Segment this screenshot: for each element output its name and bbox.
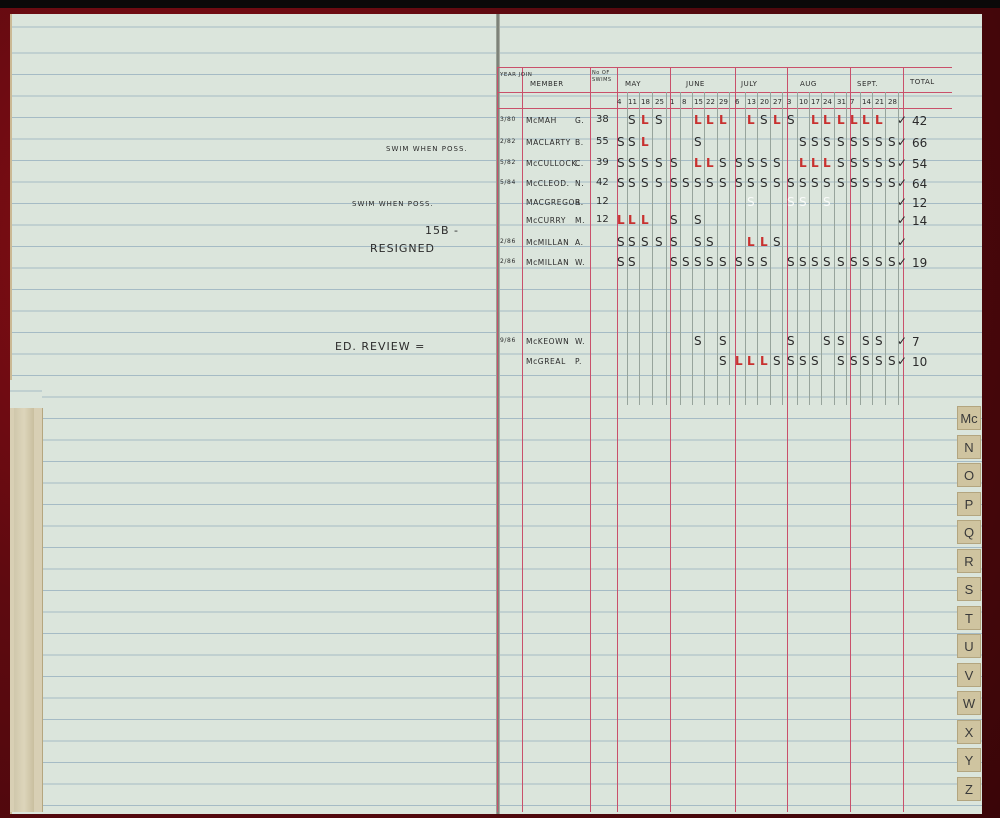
margin-note: 15B - [425, 224, 459, 237]
attendance-mark-swim: S [670, 157, 678, 169]
date-column-rule [860, 92, 861, 405]
date-header: 4 [617, 98, 621, 106]
attendance-mark-swim: S [823, 196, 831, 208]
attendance-mark-late: L [811, 157, 819, 169]
checkmark-icon: ✓ [897, 235, 907, 249]
margin-note: SWIM WHEN POSS. [386, 145, 468, 153]
attendance-mark-swim: S [655, 236, 663, 248]
attendance-mark-late: L [735, 355, 743, 367]
index-tab-q[interactable]: Q [957, 520, 981, 544]
attendance-mark-swim: S [747, 196, 755, 208]
attendance-mark-swim: S [735, 256, 743, 268]
checkmark-icon: ✓ [897, 135, 907, 149]
member-initial-cell: P. [575, 357, 582, 366]
left-index-strip-fold [14, 408, 34, 812]
attendance-mark-swim: S [760, 114, 768, 126]
date-header: 25 [655, 98, 664, 106]
date-column-rule [782, 92, 783, 405]
checkmark-icon: ✓ [897, 213, 907, 227]
column-rule-red [497, 67, 498, 812]
attendance-mark-swim: S [719, 256, 727, 268]
date-column-rule [797, 92, 798, 405]
attendance-mark-late: L [850, 114, 858, 126]
date-header: 29 [719, 98, 728, 106]
attendance-mark-swim: S [837, 256, 845, 268]
date-column-rule [639, 92, 640, 405]
attendance-mark-swim: S [875, 335, 883, 347]
attendance-mark-swim: S [888, 256, 896, 268]
member-name-cell: McCURRY [526, 216, 566, 225]
attendance-mark-swim: S [837, 136, 845, 148]
attendance-mark-late: L [617, 214, 625, 226]
attendance-mark-late: L [811, 114, 819, 126]
attendance-mark-swim: S [837, 355, 845, 367]
attendance-mark-swim: S [670, 214, 678, 226]
left-page-step [10, 380, 42, 408]
index-tab-r[interactable]: R [957, 549, 981, 573]
attendance-mark-swim: S [787, 177, 795, 189]
attendance-mark-swim: S [888, 157, 896, 169]
attendance-mark-swim: S [694, 256, 702, 268]
index-tab-u[interactable]: U [957, 634, 981, 658]
member-name-cell: McKEOWN [526, 337, 569, 346]
attendance-mark-swim: S [641, 236, 649, 248]
attendance-mark-swim: S [811, 355, 819, 367]
member-name-cell: McCULLOCK. [526, 159, 580, 168]
attendance-mark-late: L [694, 114, 702, 126]
header-no-of-swims: No OF SWIMS [592, 70, 616, 84]
member-name-cell: McMILLAN [526, 238, 569, 247]
attendance-mark-swim: S [747, 177, 755, 189]
attendance-mark-swim: S [811, 136, 819, 148]
date-header: 3 [787, 98, 791, 106]
index-tab-w[interactable]: W [957, 691, 981, 715]
attendance-mark-swim: S [862, 355, 870, 367]
date-header: 7 [850, 98, 854, 106]
date-column-rule [821, 92, 822, 405]
attendance-mark-late: L [823, 157, 831, 169]
date-column-rule [745, 92, 746, 405]
attendance-mark-swim: S [670, 236, 678, 248]
attendance-mark-swim: S [811, 177, 819, 189]
attendance-mark-swim: S [694, 236, 702, 248]
checkmark-icon: ✓ [897, 195, 907, 209]
attendance-mark-late: L [694, 157, 702, 169]
checkmark-icon: ✓ [897, 354, 907, 368]
attendance-mark-swim: S [641, 157, 649, 169]
attendance-mark-swim: S [823, 335, 831, 347]
total-cell: 19 [912, 256, 927, 270]
swims-count-cell: 38 [596, 114, 609, 125]
year-join-cell: 9/86 [500, 337, 516, 344]
attendance-mark-late: L [641, 114, 649, 126]
attendance-mark-late: L [862, 114, 870, 126]
attendance-mark-swim: S [811, 256, 819, 268]
date-header: 27 [773, 98, 782, 106]
attendance-mark-swim: S [655, 114, 663, 126]
date-column-rule [809, 92, 810, 405]
date-column-rule [717, 92, 718, 405]
attendance-mark-swim: S [694, 335, 702, 347]
attendance-mark-swim: S [888, 177, 896, 189]
index-tab-o[interactable]: O [957, 463, 981, 487]
month-header: JULY [741, 80, 757, 88]
attendance-mark-late: L [773, 114, 781, 126]
attendance-mark-swim: S [773, 355, 781, 367]
attendance-mark-swim: S [787, 355, 795, 367]
index-tab-t[interactable]: T [957, 606, 981, 630]
attendance-mark-swim: S [823, 256, 831, 268]
attendance-mark-late: L [641, 214, 649, 226]
index-tab-x[interactable]: X [957, 720, 981, 744]
attendance-mark-swim: S [850, 136, 858, 148]
date-column-rule [729, 92, 730, 405]
attendance-mark-swim: S [823, 136, 831, 148]
date-header: 10 [799, 98, 808, 106]
swims-count-cell: 55 [596, 136, 609, 147]
attendance-mark-late: L [747, 355, 755, 367]
total-cell: 7 [912, 335, 920, 349]
attendance-mark-swim: S [888, 355, 896, 367]
attendance-mark-late: L [628, 214, 636, 226]
attendance-mark-swim: S [628, 114, 636, 126]
member-name-cell: McCLEOD. [526, 179, 570, 188]
attendance-mark-swim: S [617, 177, 625, 189]
member-name-cell: McGREAL [526, 357, 566, 366]
member-initial-cell: C. [575, 159, 584, 168]
date-column-rule [680, 92, 681, 405]
date-column-rule [704, 92, 705, 405]
attendance-mark-swim: S [862, 136, 870, 148]
attendance-mark-swim: S [837, 335, 845, 347]
date-header: 14 [862, 98, 871, 106]
date-column-rule [666, 92, 667, 405]
member-initial-cell: A. [575, 238, 584, 247]
attendance-mark-swim: S [628, 177, 636, 189]
date-column-rule [770, 92, 771, 405]
attendance-mark-swim: S [628, 256, 636, 268]
attendance-mark-swim: S [773, 157, 781, 169]
swims-count-cell: 39 [596, 157, 609, 168]
attendance-mark-swim: S [787, 196, 795, 208]
date-header: 21 [875, 98, 884, 106]
year-join-cell: 5/84 [500, 179, 516, 186]
attendance-mark-late: L [875, 114, 883, 126]
date-header: 20 [760, 98, 769, 106]
index-tab-v[interactable]: V [957, 663, 981, 687]
attendance-mark-swim: S [694, 136, 702, 148]
attendance-mark-swim: S [787, 335, 795, 347]
member-initial-cell: W. [575, 258, 585, 267]
right-page [499, 14, 982, 814]
attendance-mark-swim: S [787, 114, 795, 126]
index-tab-mc[interactable]: Mc [957, 406, 981, 430]
attendance-mark-swim: S [773, 236, 781, 248]
attendance-mark-swim: S [706, 236, 714, 248]
attendance-mark-swim: S [694, 177, 702, 189]
attendance-mark-swim: S [875, 136, 883, 148]
attendance-mark-swim: S [799, 136, 807, 148]
year-join-cell: 3/80 [500, 116, 516, 123]
member-initial-cell: B. [575, 138, 584, 147]
date-header: 22 [706, 98, 715, 106]
member-initial-cell: G. [575, 116, 584, 125]
attendance-mark-late: L [706, 157, 714, 169]
checkmark-icon: ✓ [897, 176, 907, 190]
header-year-join: YEAR JOIN [500, 72, 532, 79]
attendance-mark-swim: S [719, 355, 727, 367]
checkmark-icon: ✓ [897, 113, 907, 127]
attendance-mark-swim: S [655, 157, 663, 169]
attendance-mark-swim: S [617, 236, 625, 248]
row-rule-red [497, 67, 952, 68]
attendance-mark-swim: S [875, 177, 883, 189]
index-tab-y[interactable]: Y [957, 748, 981, 772]
margin-note: SWIM WHEN POSS. [352, 200, 434, 208]
attendance-mark-swim: S [719, 157, 727, 169]
member-name-cell: McMILLAN [526, 258, 569, 267]
swims-count-cell: 42 [596, 177, 609, 188]
member-name-cell: MACLARTY [526, 138, 571, 147]
member-name-cell: McMAH [526, 116, 557, 125]
attendance-mark-late: L [747, 236, 755, 248]
total-cell: 14 [912, 214, 927, 228]
attendance-mark-late: L [706, 114, 714, 126]
date-header: 18 [641, 98, 650, 106]
attendance-mark-swim: S [888, 136, 896, 148]
attendance-mark-late: L [760, 355, 768, 367]
attendance-mark-swim: S [787, 256, 795, 268]
index-tab-p[interactable]: P [957, 492, 981, 516]
attendance-mark-swim: S [862, 256, 870, 268]
attendance-mark-swim: S [799, 256, 807, 268]
date-column-rule [834, 92, 835, 405]
swims-count-cell: 12 [596, 214, 609, 225]
month-header: SEPT. [857, 80, 878, 88]
date-header: 24 [823, 98, 832, 106]
month-header: AUG [800, 80, 817, 88]
index-tab-n[interactable]: N [957, 435, 981, 459]
row-rule-red [497, 108, 952, 109]
attendance-mark-swim: S [719, 335, 727, 347]
column-rule-red [522, 67, 523, 812]
attendance-mark-swim: S [875, 157, 883, 169]
attendance-mark-swim: S [837, 177, 845, 189]
attendance-mark-swim: S [655, 177, 663, 189]
member-name-cell: MACGREGOR [526, 198, 581, 207]
attendance-mark-late: L [747, 114, 755, 126]
attendance-mark-swim: S [682, 177, 690, 189]
attendance-mark-swim: S [706, 256, 714, 268]
header-total: TOTAL [910, 78, 935, 86]
attendance-mark-swim: S [773, 177, 781, 189]
date-header: 13 [747, 98, 756, 106]
date-header: 28 [888, 98, 897, 106]
date-header: 31 [837, 98, 846, 106]
swims-count-cell: 12 [596, 196, 609, 207]
margin-note: RESIGNED [370, 242, 435, 255]
attendance-mark-swim: S [719, 177, 727, 189]
attendance-mark-swim: S [747, 157, 755, 169]
attendance-mark-late: L [719, 114, 727, 126]
row-rule-red [497, 92, 952, 93]
attendance-mark-swim: S [670, 177, 678, 189]
total-cell: 42 [912, 114, 927, 128]
member-initial-cell: W. [575, 337, 585, 346]
attendance-mark-swim: S [850, 177, 858, 189]
date-column-rule [846, 92, 847, 405]
attendance-mark-swim: S [670, 256, 678, 268]
attendance-mark-swim: S [628, 236, 636, 248]
attendance-mark-swim: S [706, 177, 714, 189]
attendance-mark-swim: S [862, 157, 870, 169]
attendance-mark-swim: S [850, 157, 858, 169]
header-member: MEMBER [530, 80, 564, 88]
date-column-rule [757, 92, 758, 405]
month-header: MAY [625, 80, 641, 88]
attendance-mark-late: L [823, 114, 831, 126]
checkmark-icon: ✓ [897, 334, 907, 348]
attendance-mark-swim: S [799, 177, 807, 189]
year-join-cell: 5/82 [500, 159, 516, 166]
attendance-mark-swim: S [875, 256, 883, 268]
date-column-rule [885, 92, 886, 405]
attendance-mark-swim: S [735, 157, 743, 169]
checkmark-icon: ✓ [897, 255, 907, 269]
total-cell: 10 [912, 355, 927, 369]
month-header: JUNE [686, 80, 705, 88]
attendance-mark-late: L [837, 114, 845, 126]
date-header: 15 [694, 98, 703, 106]
attendance-mark-swim: S [735, 177, 743, 189]
total-cell: 66 [912, 136, 927, 150]
attendance-mark-swim: S [628, 136, 636, 148]
member-initial-cell: M. [575, 216, 585, 225]
total-cell: 12 [912, 196, 927, 210]
member-initial-cell: N. [575, 179, 584, 188]
column-rule-red [590, 67, 591, 812]
attendance-mark-swim: S [694, 214, 702, 226]
total-cell: 64 [912, 177, 927, 191]
attendance-mark-swim: S [682, 256, 690, 268]
attendance-mark-swim: S [617, 157, 625, 169]
date-header: 1 [670, 98, 674, 106]
attendance-mark-late: L [799, 157, 807, 169]
margin-note: ED. REVIEW = [335, 340, 425, 353]
attendance-mark-swim: S [760, 177, 768, 189]
attendance-mark-swim: S [641, 177, 649, 189]
index-tab-s[interactable]: S [957, 577, 981, 601]
attendance-mark-swim: S [760, 256, 768, 268]
year-join-cell: 2/86 [500, 258, 516, 265]
date-header: 6 [735, 98, 739, 106]
year-join-cell: 2/86 [500, 238, 516, 245]
attendance-mark-swim: S [850, 355, 858, 367]
attendance-mark-swim: S [823, 177, 831, 189]
date-column-rule [872, 92, 873, 405]
date-column-rule [692, 92, 693, 405]
date-header: 17 [811, 98, 820, 106]
index-tab-z[interactable]: Z [957, 777, 981, 801]
year-join-cell: 2/82 [500, 138, 516, 145]
attendance-mark-swim: S [617, 136, 625, 148]
attendance-mark-swim: S [760, 157, 768, 169]
attendance-mark-swim: S [799, 196, 807, 208]
attendance-mark-swim: S [862, 177, 870, 189]
date-column-rule [652, 92, 653, 405]
attendance-mark-swim: S [875, 355, 883, 367]
attendance-mark-swim: S [628, 157, 636, 169]
attendance-mark-swim: S [837, 157, 845, 169]
left-page [10, 14, 500, 814]
date-header: 8 [682, 98, 686, 106]
attendance-mark-swim: S [747, 256, 755, 268]
attendance-mark-late: L [641, 136, 649, 148]
total-cell: 54 [912, 157, 927, 171]
date-header: 11 [628, 98, 637, 106]
checkmark-icon: ✓ [897, 156, 907, 170]
attendance-mark-swim: S [862, 335, 870, 347]
attendance-mark-swim: S [799, 355, 807, 367]
member-initial-cell: B. [575, 198, 584, 207]
attendance-mark-swim: S [617, 256, 625, 268]
attendance-mark-late: L [760, 236, 768, 248]
attendance-mark-swim: S [850, 256, 858, 268]
